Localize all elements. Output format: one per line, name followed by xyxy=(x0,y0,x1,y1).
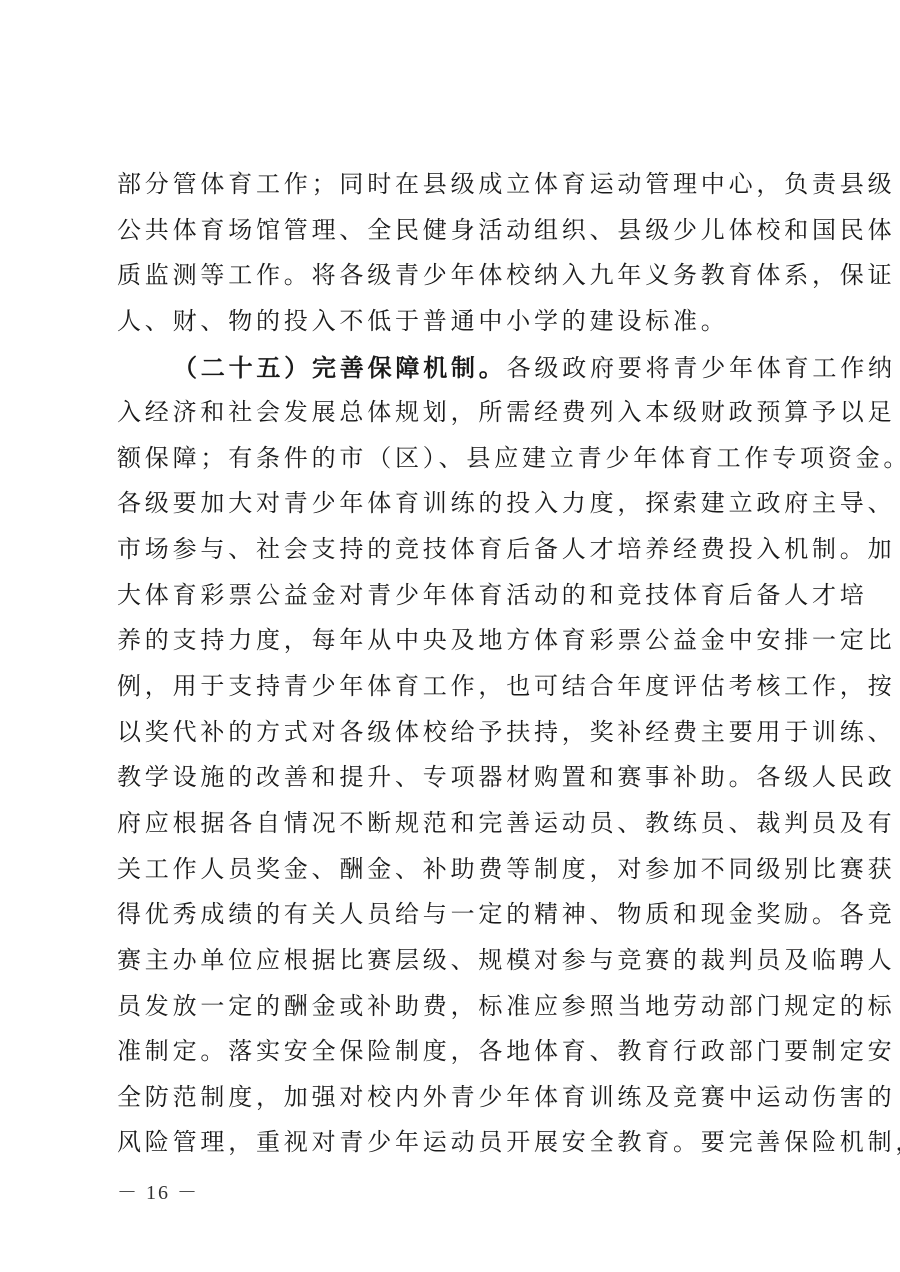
text-line: 以奖代补的方式对各级体校给予扶持，奖补经费主要用于训练、 xyxy=(117,710,787,756)
text-line: 入经济和社会发展总体规划，所需经费列入本级财政预算予以足 xyxy=(117,390,787,436)
text-line: 大体育彩票公益金对青少年体育活动的和竞技体育后备人才培 xyxy=(117,573,787,619)
text-line: 全防范制度，加强对校内外青少年体育训练及竞赛中运动伤害的 xyxy=(117,1075,787,1121)
text-line: 赛主办单位应根据比赛层级、规模对参与竞赛的裁判员及临聘人 xyxy=(117,938,787,984)
text-line: 养的支持力度，每年从中央及地方体育彩票公益金中安排一定比 xyxy=(117,618,787,664)
document-page: 部分管体育工作；同时在县级成立体育运动管理中心，负责县级 公共体育场馆管理、全民… xyxy=(117,162,787,1166)
paragraph-item-25: （二十五）完善保障机制。各级政府要将青少年体育工作纳 入经济和社会发展总体规划，… xyxy=(117,345,787,1167)
text-run: 各级政府要将青少年体育工作纳 xyxy=(507,354,896,382)
text-line: 各级要加大对青少年体育训练的投入力度，探索建立政府主导、 xyxy=(117,481,787,527)
paragraph-continued: 部分管体育工作；同时在县级成立体育运动管理中心，负责县级 公共体育场馆管理、全民… xyxy=(117,162,787,345)
text-line: 人、财、物的投入不低于普通中小学的建设标准。 xyxy=(117,299,787,345)
text-line: 教学设施的改善和提升、专项器材购置和赛事补助。各级人民政 xyxy=(117,755,787,801)
text-line: 质监测等工作。将各级青少年体校纳入九年义务教育体系，保证 xyxy=(117,253,787,299)
text-line: 额保障；有条件的市（区）、县应建立青少年体育工作专项资金。 xyxy=(117,436,787,482)
text-line: 府应根据各自情况不断规范和完善运动员、教练员、裁判员及有 xyxy=(117,801,787,847)
text-line: 员发放一定的酬金或补助费，标准应参照当地劳动部门规定的标 xyxy=(117,984,787,1030)
text-line: 部分管体育工作；同时在县级成立体育运动管理中心，负责县级 xyxy=(117,162,787,208)
text-line: 公共体育场馆管理、全民健身活动组织、县级少儿体校和国民体 xyxy=(117,208,787,254)
paragraph-first-line: （二十五）完善保障机制。各级政府要将青少年体育工作纳 xyxy=(117,345,787,391)
text-line: 得优秀成绩的有关人员给与一定的精神、物质和现金奖励。各竞 xyxy=(117,892,787,938)
page-number: － 16 － xyxy=(117,1176,199,1205)
section-heading: （二十五）完善保障机制。 xyxy=(173,353,507,382)
text-line: 准制定。落实安全保险制度，各地体育、教育行政部门要制定安 xyxy=(117,1029,787,1075)
text-line: 例，用于支持青少年体育工作，也可结合年度评估考核工作，按 xyxy=(117,664,787,710)
text-line: 风险管理，重视对青少年运动员开展安全教育。要完善保险机制， xyxy=(117,1120,787,1166)
text-line: 市场参与、社会支持的竞技体育后备人才培养经费投入机制。加 xyxy=(117,527,787,573)
text-line: 关工作人员奖金、酬金、补助费等制度，对参加不同级别比赛获 xyxy=(117,847,787,893)
